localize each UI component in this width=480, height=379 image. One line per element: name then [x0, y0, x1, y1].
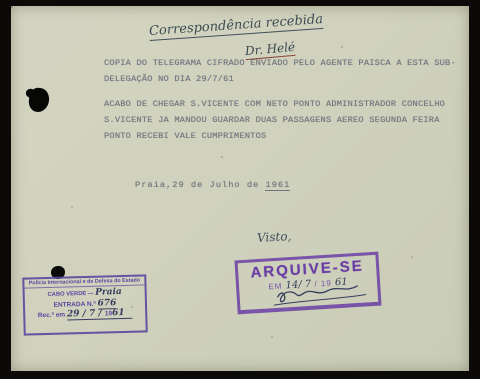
- hole-punch-ink-blot: [27, 87, 50, 114]
- pide-location-handwritten: Praia: [95, 287, 122, 298]
- handwritten-visto-note: Visto,: [257, 229, 292, 245]
- signature-scribble: [267, 277, 372, 309]
- typed-heading-line2: DELEGAÇÃO NO DIA 29/7/61: [104, 74, 234, 84]
- document-page: Correspondência recebida Dr. Helé COPIA …: [11, 6, 469, 371]
- dateline-year: 1961: [265, 180, 290, 191]
- pide-stamp-received-date: Rec.ª em 29 / 7 / 1961: [25, 307, 145, 320]
- entry-number-label: ENTRADA N.º: [53, 301, 95, 309]
- typed-body-line2: S.VICENTE JA MANDOU GUARDAR DUAS PASSAGE…: [104, 115, 440, 125]
- typed-dateline: Praia,29 de Julho de 1961: [135, 180, 290, 190]
- received-date-value: 29 / 7 / 1961: [67, 308, 133, 321]
- pide-entry-stamp: Polícia Internacional e de Defesa do Est…: [22, 274, 147, 335]
- pide-location-preprinted: CABO VERDE —: [48, 291, 94, 298]
- typed-body-line3: PONTO RECEBI VALE CUMPRIMENTOS: [104, 131, 266, 141]
- paper-speckles: [11, 6, 13, 8]
- scan-background: Correspondência recebida Dr. Helé COPIA …: [0, 0, 480, 379]
- dateline-text: Praia,29 de Julho de: [135, 180, 265, 190]
- typed-heading-line1: COPIA DO TELEGRAMA CIFRADO ENVIADO PELO …: [104, 58, 456, 68]
- received-date-label: Rec.ª em: [38, 312, 66, 320]
- received-year: 61: [112, 308, 125, 318]
- typed-body-line1: ACABO DE CHEGAR S.VICENTE COM NETO PONTO…: [104, 99, 445, 109]
- received-day-month: 29 / 7 /: [67, 308, 105, 319]
- handwritten-category-note: Correspondência recebida: [149, 12, 324, 41]
- archive-stamp: ARQUIVE-SE EM 14/ 7 / 19 61: [234, 252, 381, 315]
